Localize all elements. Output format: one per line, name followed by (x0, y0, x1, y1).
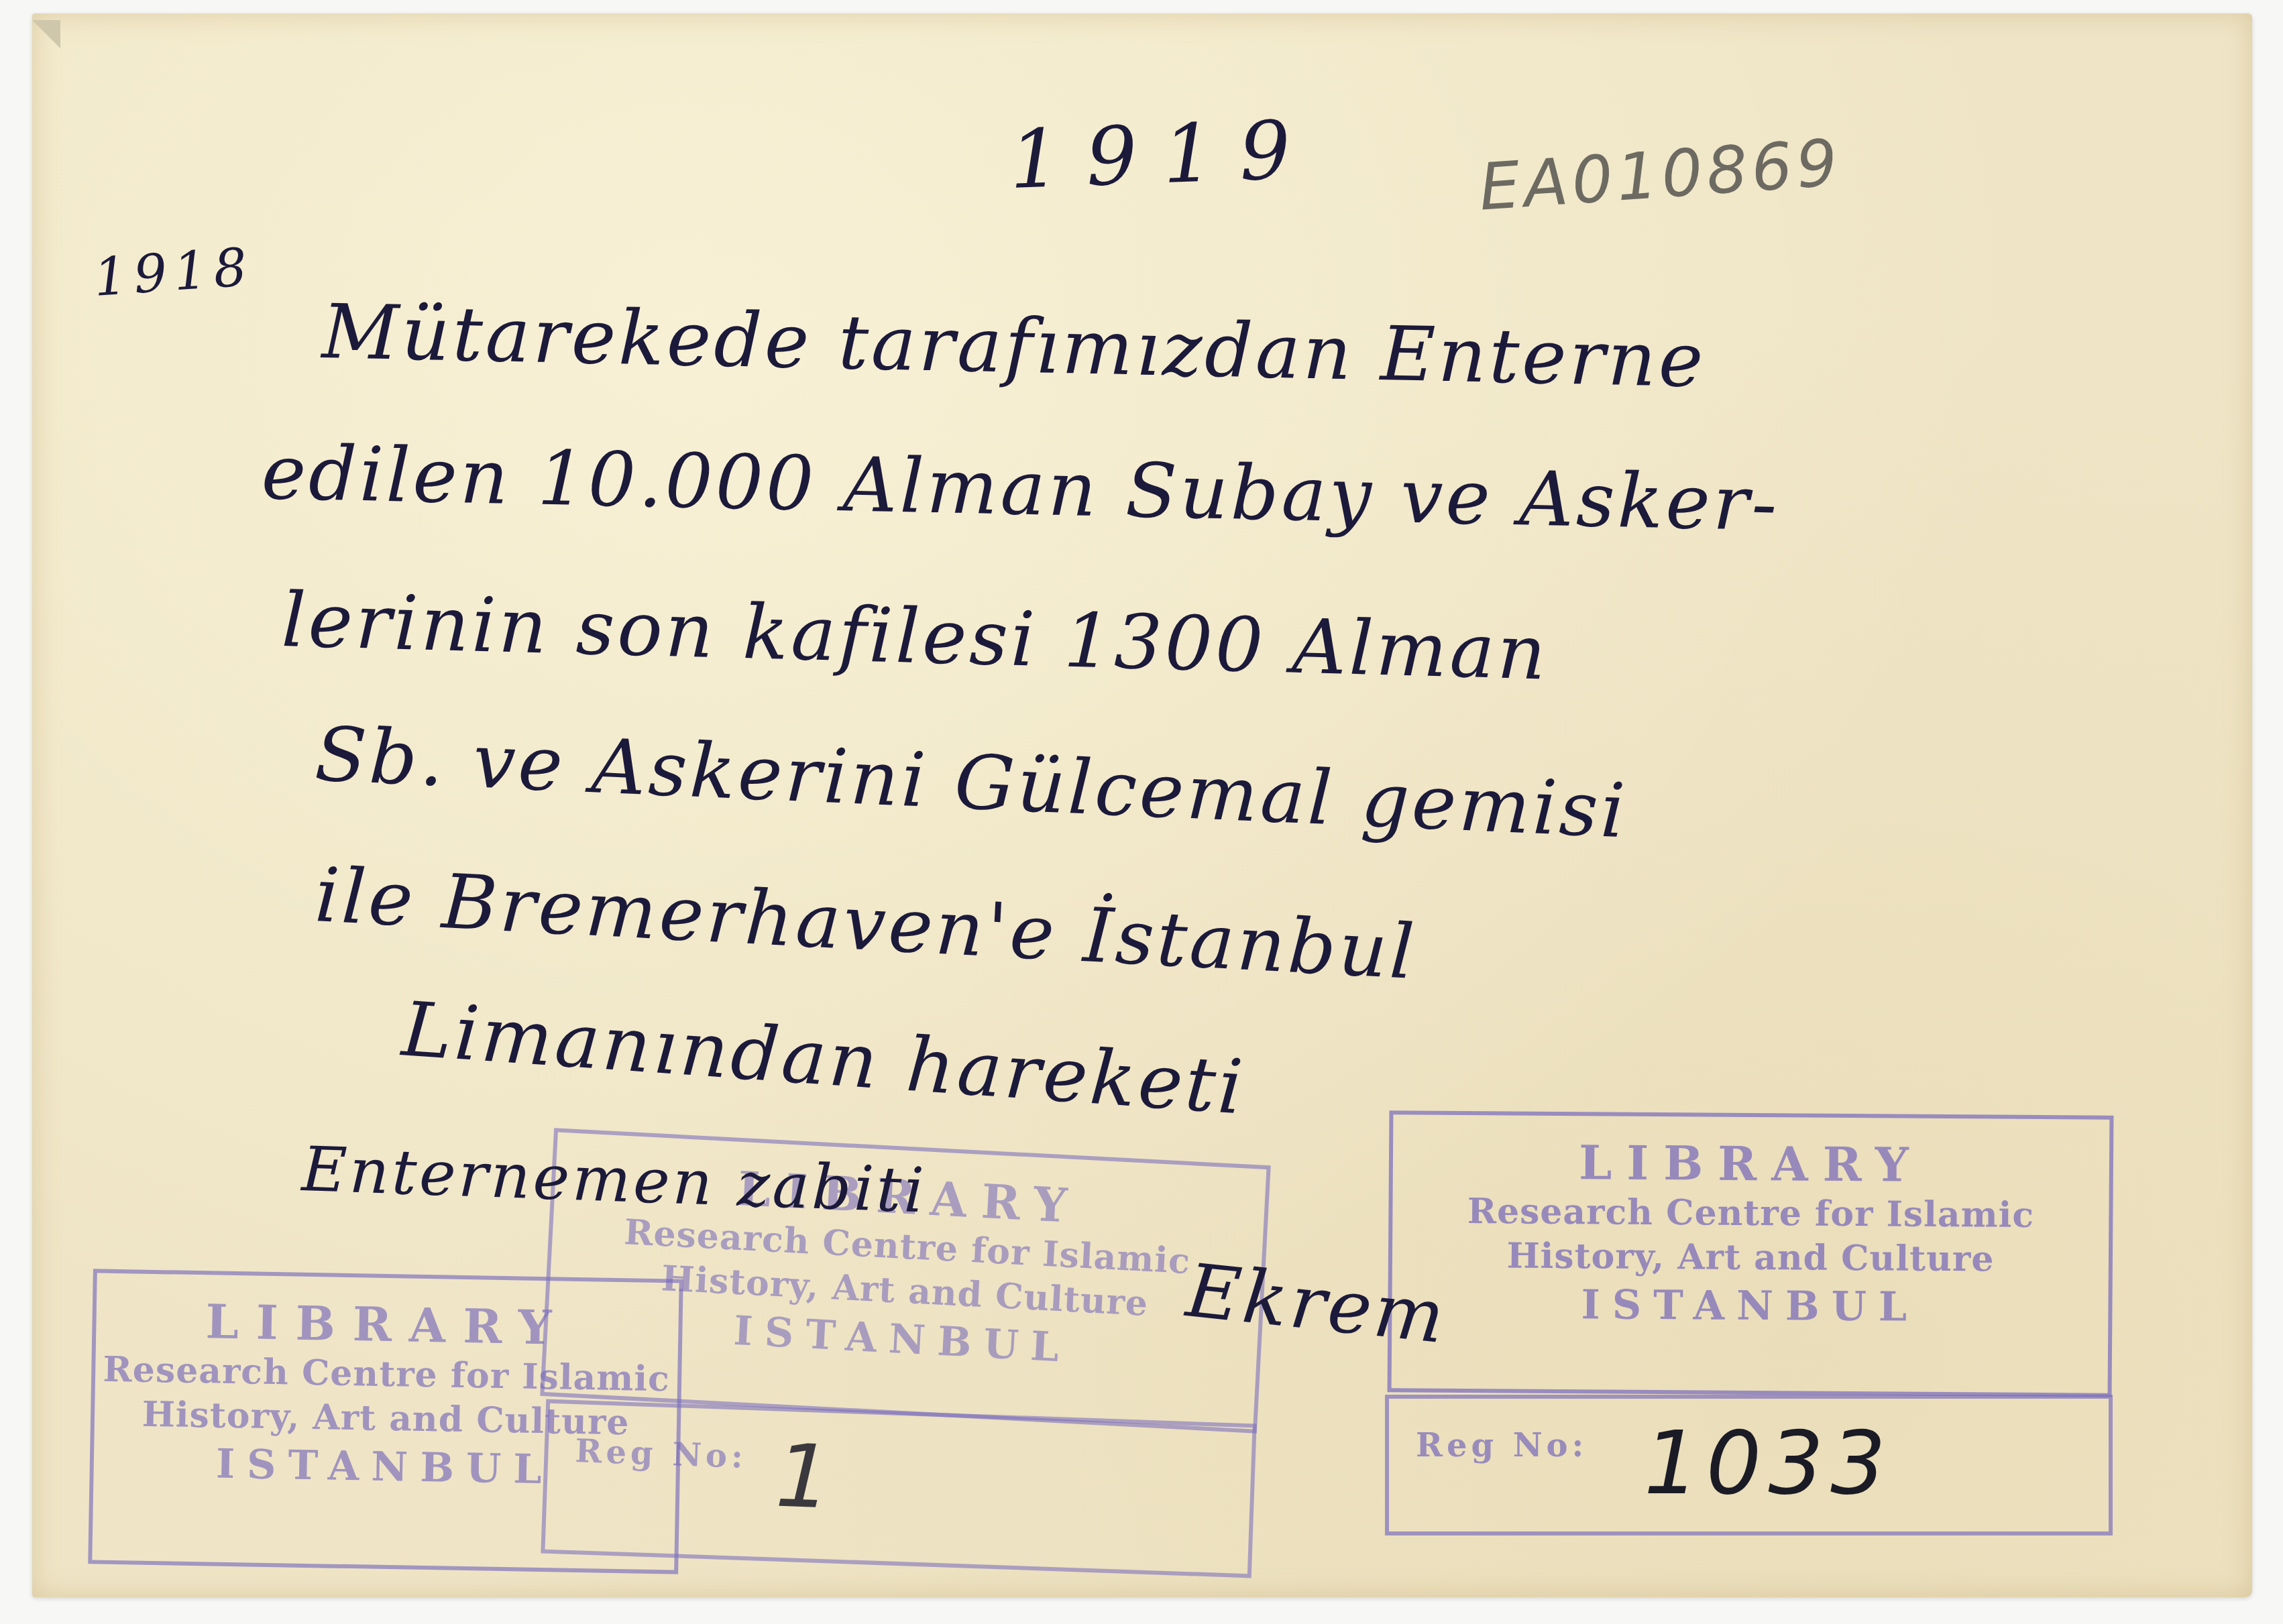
folded-corner (32, 20, 60, 48)
reg-number: 1 (774, 1425, 833, 1529)
reg-label: Reg No: (1416, 1427, 1588, 1464)
reg-number: 1033 (1644, 1412, 1893, 1514)
margin-year: 1918 (92, 237, 256, 308)
stamp-city: ISTANBUL (1392, 1280, 2108, 1332)
library-stamp-right: LIBRARY Research Centre for Islamic Hist… (1388, 1110, 2114, 1397)
stamp-line-1: Research Centre for Islamic (1392, 1189, 2109, 1238)
stamp-line-2: History, Art and Culture (1392, 1233, 2109, 1282)
year-heading: 1919 (1008, 103, 1318, 207)
registration-box-middle: Reg No: 1 (541, 1399, 1256, 1578)
reg-label: Reg No: (575, 1432, 748, 1476)
registration-box-right: Reg No: 1033 (1385, 1395, 2113, 1535)
stamp-title: LIBRARY (1393, 1133, 2110, 1194)
